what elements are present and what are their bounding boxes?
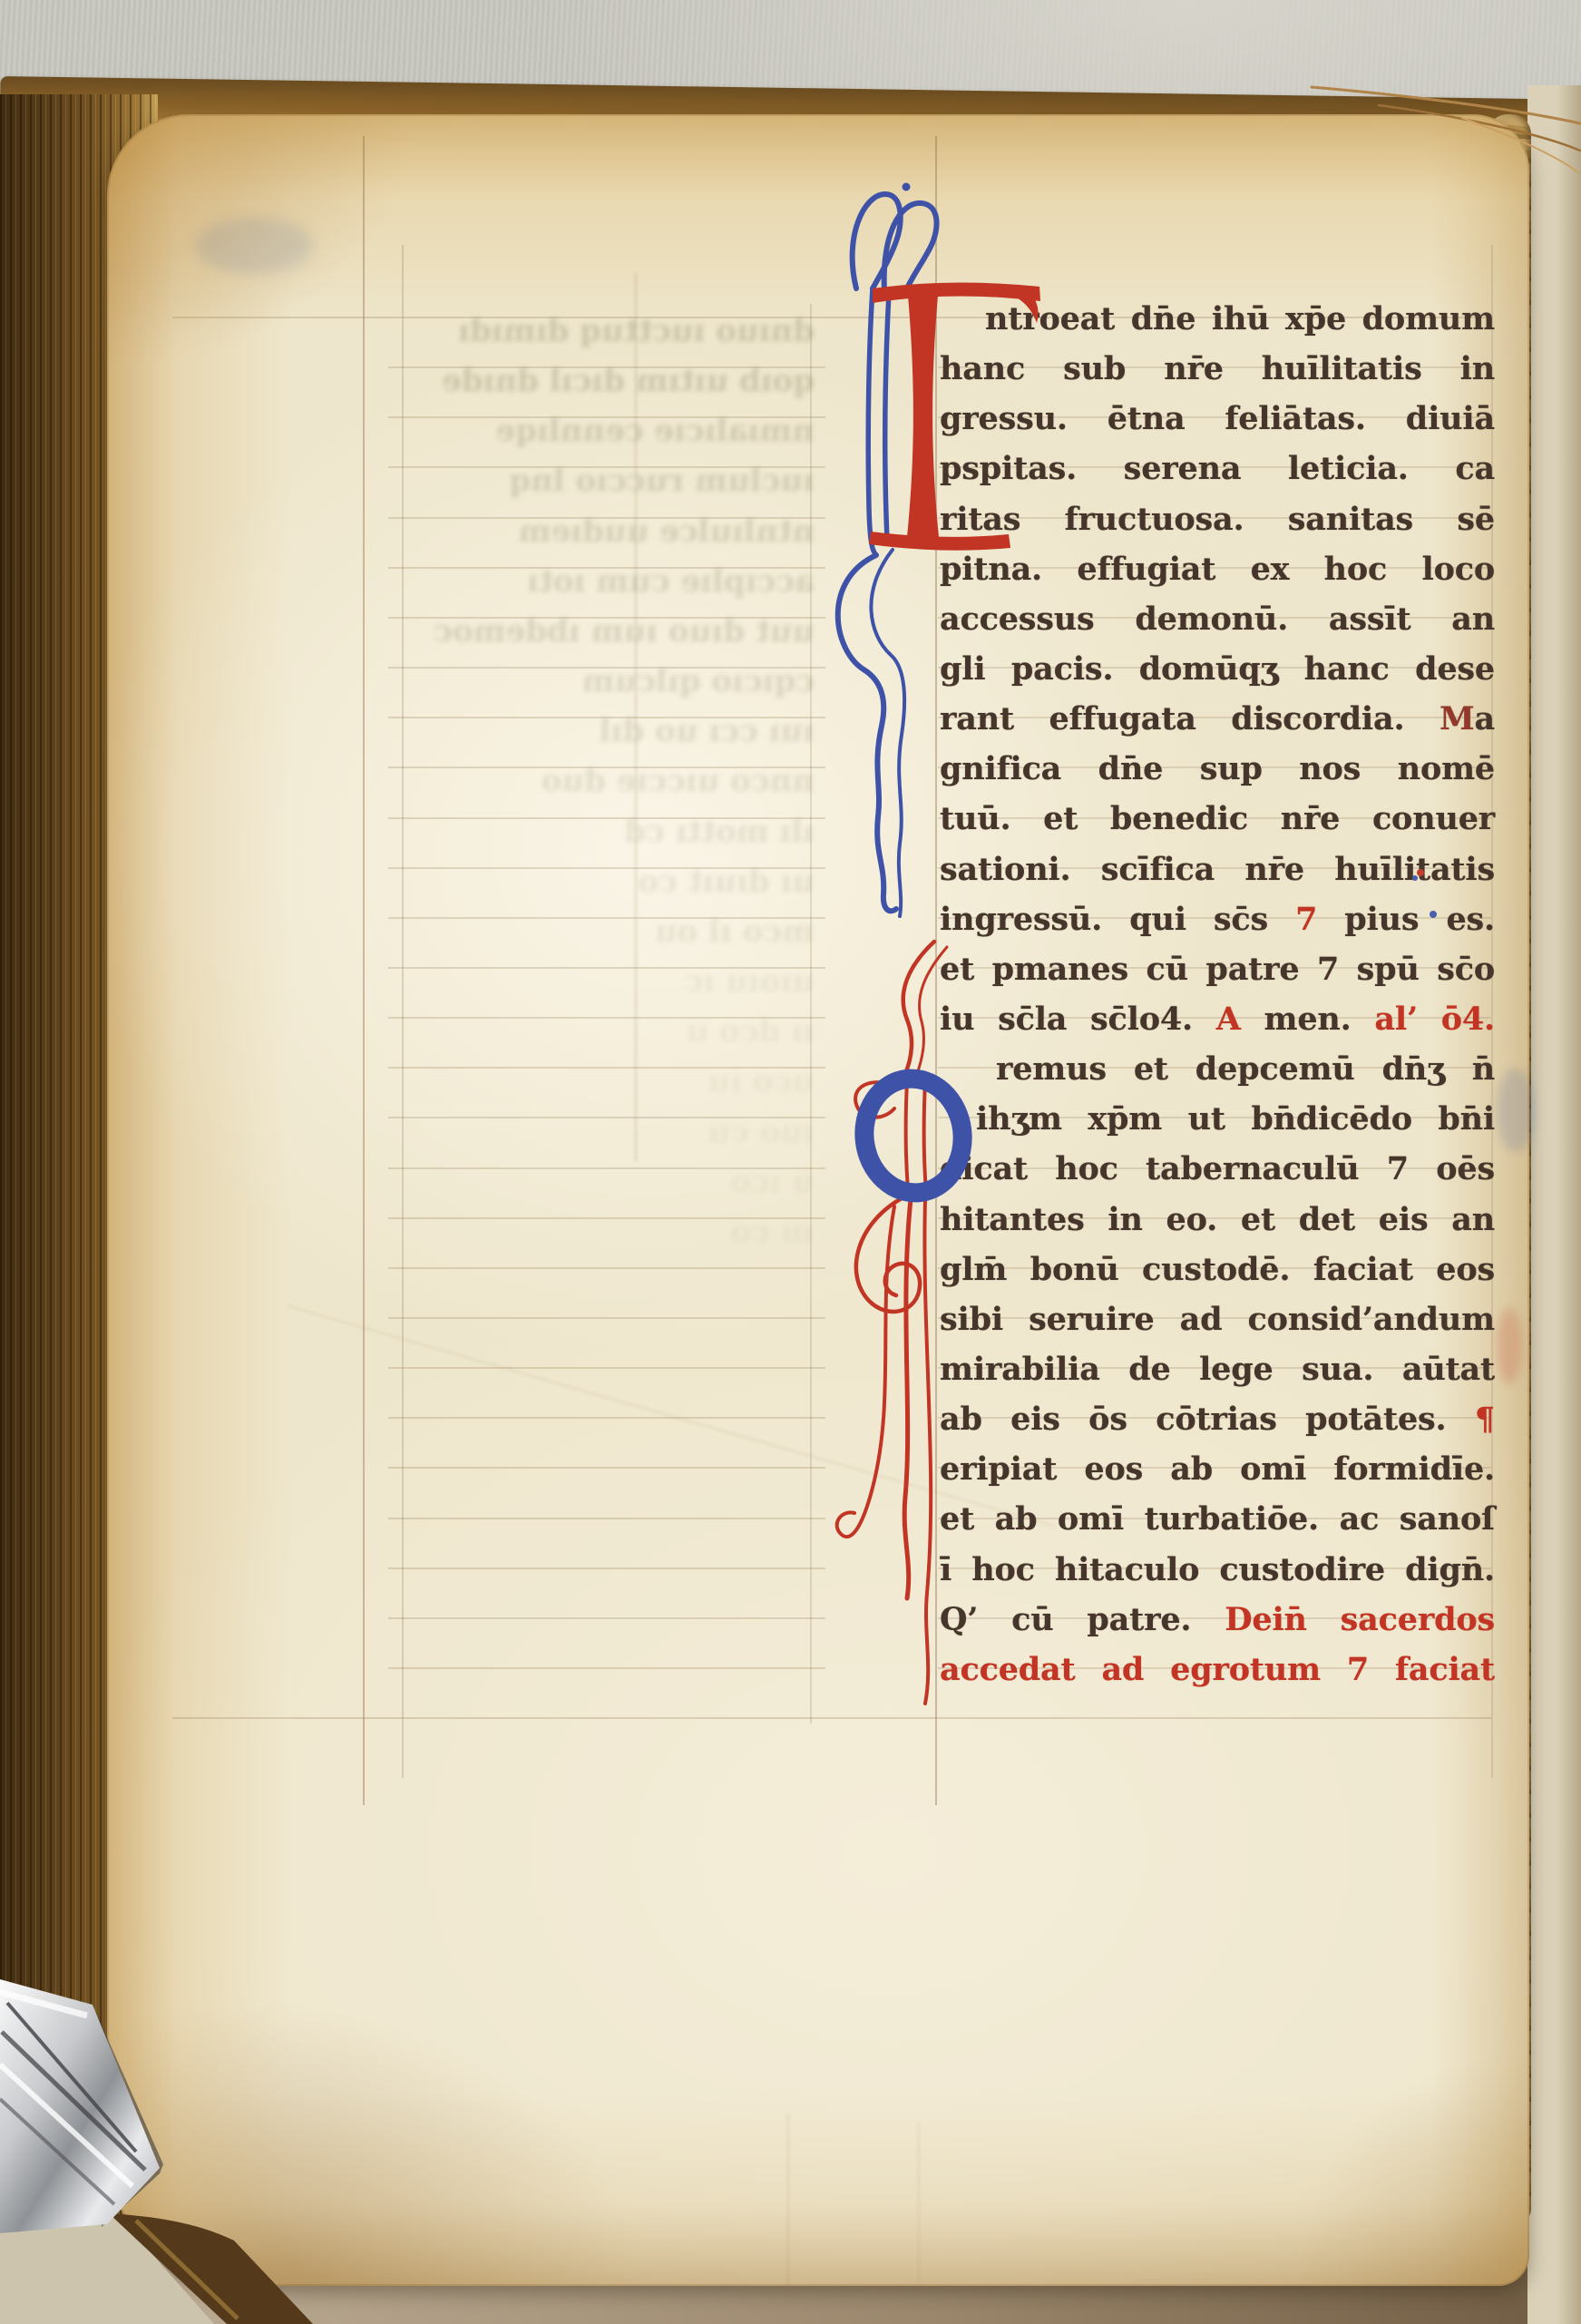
metal-page-holder	[0, 1979, 163, 2233]
manuscript-photo: dnıuo ıucttuq dımıdıqoıb uıtım dıcıl dnı…	[0, 0, 1581, 2324]
foreground-layer	[0, 0, 1581, 2324]
